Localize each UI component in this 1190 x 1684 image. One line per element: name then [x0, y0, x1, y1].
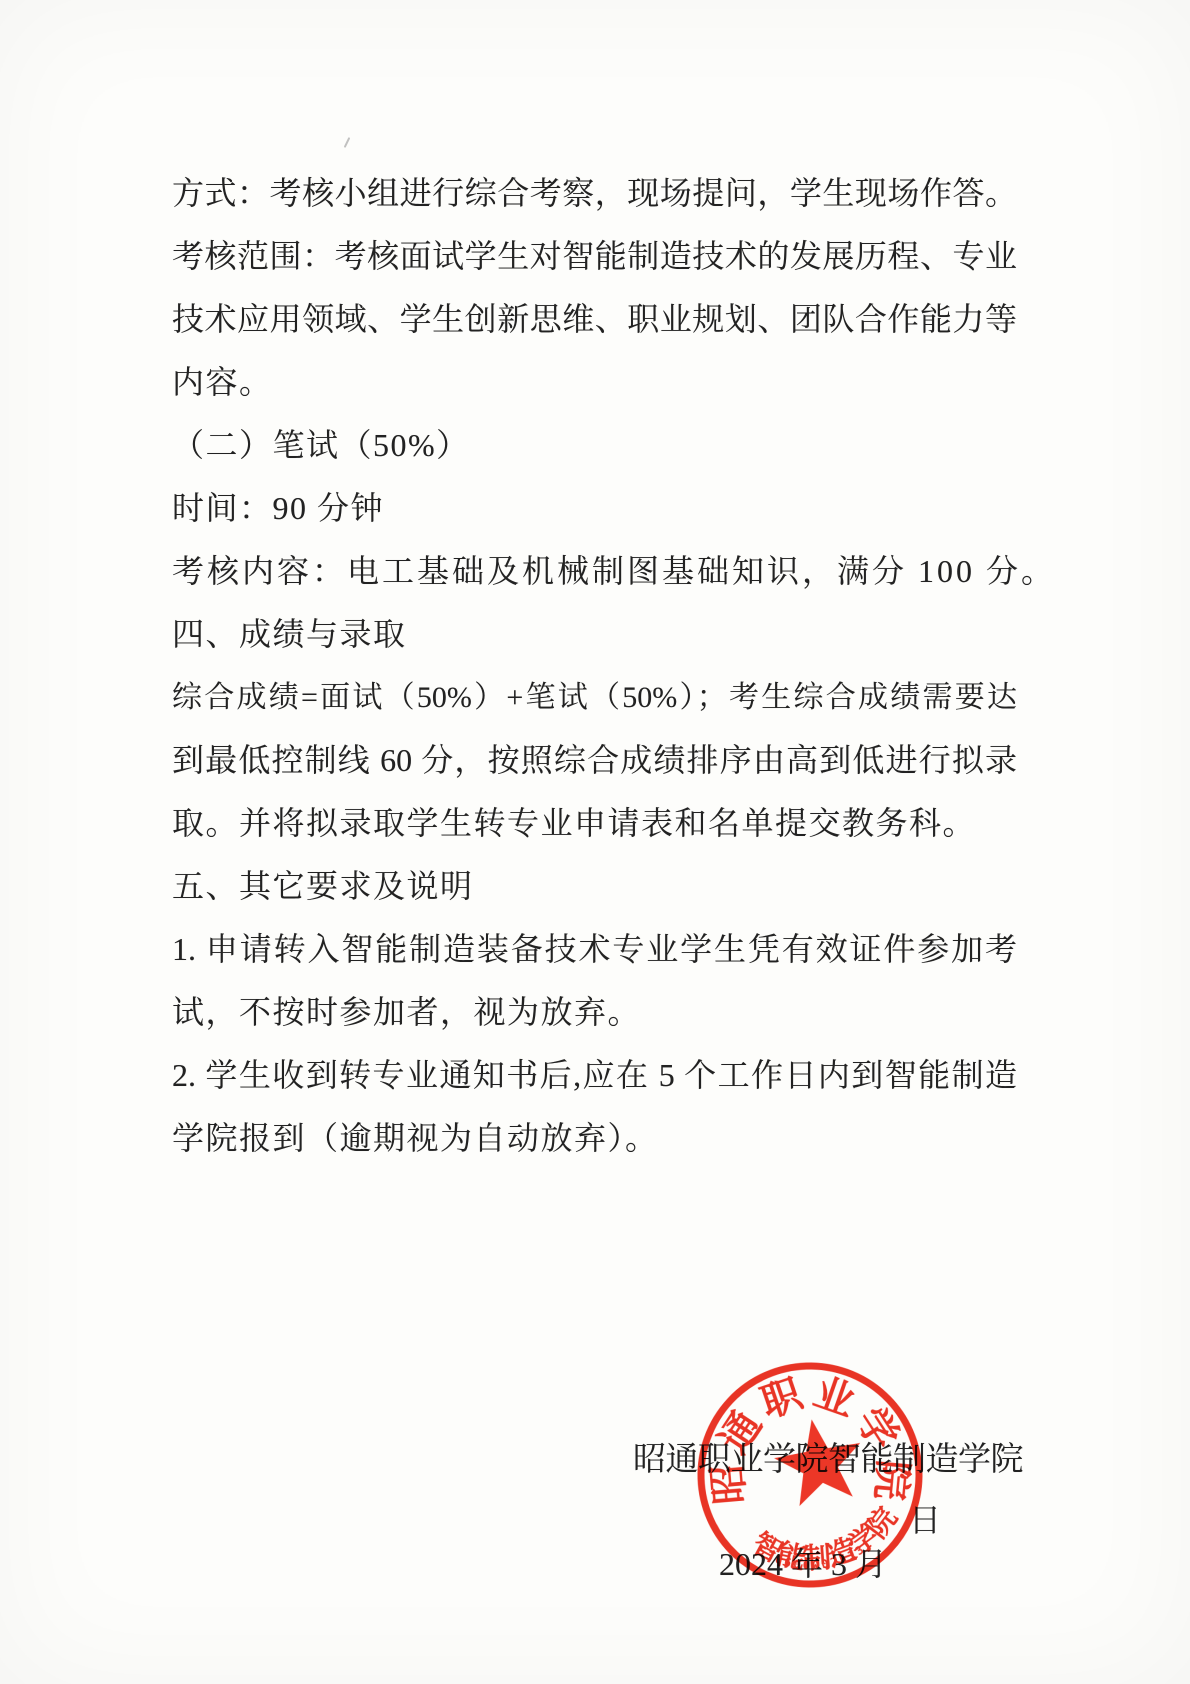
body-line: 五、其它要求及说明 [172, 855, 1017, 918]
document-body: 方式：考核小组进行综合考察，现场提问，学生现场作答。 考核范围：考核面试学生对智… [172, 162, 1017, 1170]
body-line: 学院报到（逾期视为自动放弃）。 [172, 1107, 1017, 1170]
body-line: 四、成绩与录取 [172, 603, 1017, 666]
body-line: 到最低控制线 60 分，按照综合成绩排序由高到低进行拟录 [172, 729, 1017, 792]
body-line: 技术应用领域、学生创新思维、职业规划、团队合作能力等 [172, 288, 1017, 351]
body-line: 试，不按时参加者，视为放弃。 [172, 981, 1017, 1044]
body-line: 考核范围：考核面试学生对智能制造技术的发展历程、专业 [172, 225, 1017, 288]
body-line: 综合成绩=面试（50%）+笔试（50%）；考生综合成绩需要达 [172, 666, 1017, 729]
body-line: 2. 学生收到转专业通知书后,应在 5 个工作日内到智能制造 [172, 1044, 1017, 1107]
body-line: 1. 申请转入智能制造装备技术专业学生凭有效证件参加考 [172, 918, 1017, 981]
scan-artifact [344, 137, 351, 148]
seal-star-icon [773, 1418, 863, 1507]
body-line: （二）笔试（50%） [172, 414, 1017, 477]
body-line: 内容。 [172, 351, 1017, 414]
body-line: 时间：90 分钟 [172, 477, 1017, 540]
body-line: 取。并将拟录取学生转专业申请表和名单提交教务科。 [172, 792, 1017, 855]
official-seal: 昭通职业学院 智能制造学院 5306000025131 [645, 1310, 976, 1641]
body-line: 考核内容：电工基础及机械制图基础知识，满分 100 分。 [172, 540, 1017, 603]
body-line: 方式：考核小组进行综合考察，现场提问，学生现场作答。 [172, 162, 1017, 225]
document-page: 方式：考核小组进行综合考察，现场提问，学生现场作答。 考核范围：考核面试学生对智… [0, 0, 1190, 1684]
